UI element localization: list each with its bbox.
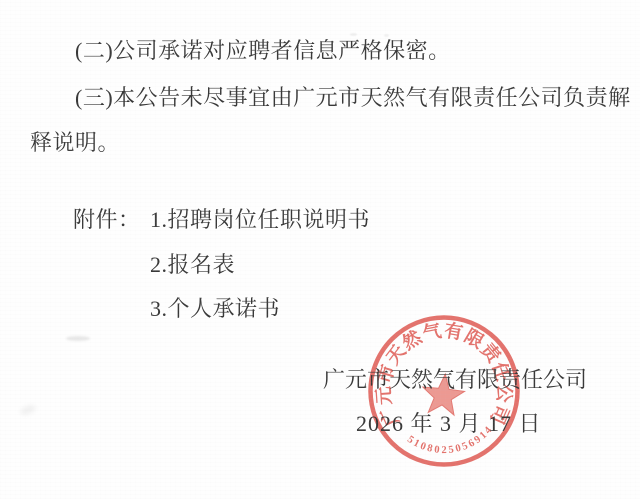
scan-speck [350, 33, 357, 36]
scan-smudge [19, 404, 37, 417]
scan-speck [384, 34, 389, 37]
scanned-document-page: 广元市天然气有限责任公司 5108025056914 (二)公司承诺对应聘者信息… [0, 0, 640, 499]
scan-smudge [66, 336, 90, 341]
signature-company-name: 广元市天然气有限责任公司 [323, 367, 587, 393]
attachment-item-1: 1.招聘岗位任职说明书 [150, 207, 370, 233]
signature-date: 2026 年 3 月 17 日 [356, 411, 542, 437]
attachment-item-2: 2.报名表 [150, 252, 235, 278]
clause-3-text-line1: (三)本公告未尽事宜由广元市天然气有限责任公司负责解 [75, 85, 631, 111]
clause-2-text: (二)公司承诺对应聘者信息严格保密。 [75, 38, 451, 64]
attachment-item-3: 3.个人承诺书 [150, 296, 280, 322]
clause-3-text-line2: 释说明。 [30, 130, 120, 156]
attachments-label: 附件： [73, 207, 141, 233]
